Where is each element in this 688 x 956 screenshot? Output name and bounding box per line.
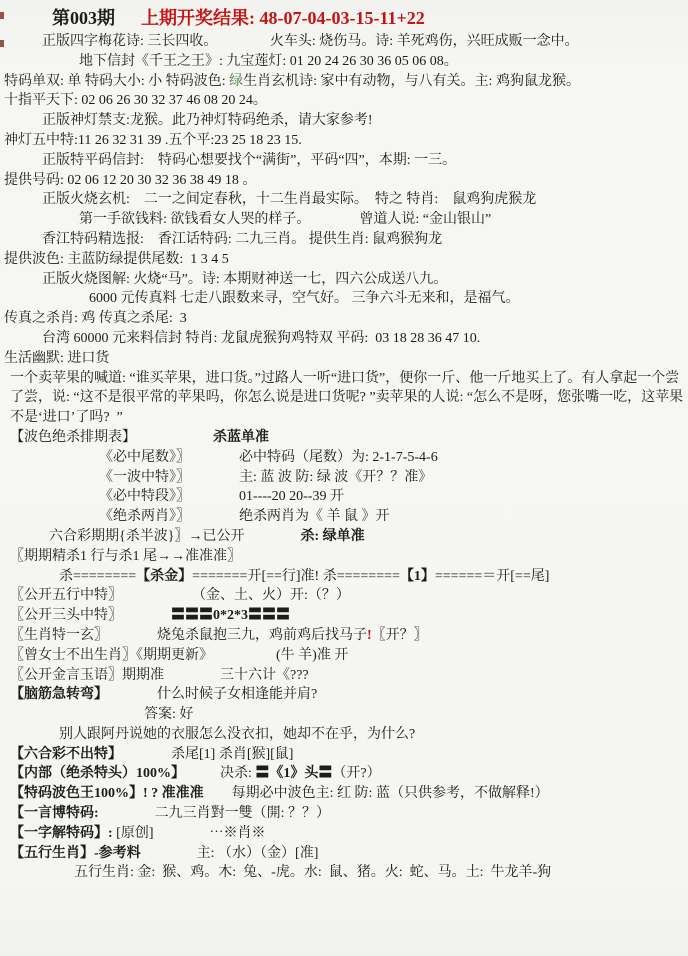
line-wave-kill-schedule: 【波色绝杀排期表】 杀蓝单准 [4, 428, 684, 448]
line-kill-gold: 杀========【杀金】=======开[==行]准! 杀========【1… [4, 567, 684, 587]
line-one-word-solve-part: 【一字解特码】: [10, 826, 113, 841]
line-magic-lamp-five-part: 神灯五中特:11 26 32 31 39 .五个平:23 25 18 23 15… [4, 133, 302, 148]
line-five-element-zodiac-title-part: -参考料 [94, 846, 141, 861]
line-must-hit-tail: 《必中尾数》〗 必中特码（尾数）为: 2-1-7-5-4-6 [4, 448, 684, 468]
line-wave-king-part: 每期必中波色主: 红 防: 蓝（只供参考，不做解释!） [204, 786, 549, 801]
line-internal-kill-head: 【内部（绝杀特头）100%】 决杀: 〓《1》头〓（开?） [4, 764, 684, 784]
line-fire-mystery: 正版火烧玄机: 二一之间定春秋，十二生肖最实际。 特之 特肖: 鼠鸡狗虎猴龙 [4, 190, 684, 210]
line-five-element-zodiac-title-part: 主: （水）（金）[准] [141, 846, 319, 861]
line-plum-poem: 正版四字梅花诗: 三长四收。 火车头: 烧伤马。诗: 羊死鸡伤，兴旺成贩一念中。 [4, 32, 684, 52]
line-internal-kill-head-part: （开?） [332, 766, 380, 781]
line-precise-kill-part: 〖期期精杀1 行与杀1 尾→→准准准〗 [10, 549, 241, 564]
scan-artifact [0, 12, 4, 19]
line-kill-half-wave-part: 六合彩期期{杀半波}〗→已公开 [49, 529, 300, 544]
line-no-special-part: 【六合彩不出特】 [10, 747, 115, 762]
lottery-tip-sheet-page: 第003期上期开奖结果: 48-07-04-03-15-11+22 正版四字梅花… [0, 0, 688, 956]
line-must-hit-tail-part: 《必中尾数》〗 必中特码（尾数）为: 2-1-7-5-4-6 [99, 450, 438, 465]
line-golden-words: 〖公开金言玉语〗期期准 三十六计《??? [4, 666, 684, 686]
line-madam-zeng-part: 〖曾女士不出生肖〗《期期更新》 (牛 羊)准 开 [10, 648, 348, 663]
line-answer: 答案: 好 [4, 705, 684, 725]
line-brain-teaser-part: 【脑筋急转弯】 [10, 687, 101, 702]
line-five-elements-special-part: 〖公开五行中特〗 （金、土、火）开:（？） [10, 588, 350, 603]
line-kill-gold-part: 【1】 [400, 569, 435, 584]
line-zodiac-mystery: 〖生肖特一玄〗 烧兔杀鼠抱三九，鸡前鸡后找马子!〖开？〗 [4, 626, 684, 646]
line-three-heads-part: 〖公开三头中特〗 [10, 608, 171, 623]
line-fire-mystery-part: 正版火烧玄机: 二一之间定春秋，十二生肖最实际。 特之 特肖: 鼠鸡狗虎猴龙 [42, 192, 536, 207]
line-golden-words-part: 〖公开金言玉语〗期期准 三十六计《??? [10, 668, 309, 683]
line-brain-teaser: 【脑筋急转弯】 什么时候子女相逢能并肩? [4, 685, 684, 705]
scan-artifact [0, 40, 4, 47]
line-one-wave-part: 《一波中特》〗 主: 蓝 波 防: 绿 波《开？？准》 [99, 470, 432, 485]
line-zodiac-mystery-part: 〖开？〗 [372, 628, 428, 643]
line-ten-fingers: 十指平天下: 02 06 26 30 32 37 46 08 20 24。 [4, 91, 684, 111]
line-three-heads-part: 〓〓〓0*2*3〓〓〓 [171, 608, 290, 623]
line-6000-fax-part: 6000 元传真料 七走八跟数来寻，空气好。 三争六斗无来和，是福气。 [89, 291, 520, 306]
line-xiangjiang-part: 香江特码精选报: 香江话特码: 二九三肖。 提供生肖: 鼠鸡猴狗龙 [42, 232, 442, 247]
line-provided-numbers-part: 提供号码: 02 06 12 20 30 32 36 38 49 18 。 [4, 173, 256, 188]
last-draw-result: 上期开奖结果: 48-07-04-03-15-11+22 [141, 8, 425, 28]
line-brain-teaser-part: 什么时候子女相逢能并肩? [101, 687, 317, 702]
line-one-word-solve: 【一字解特码】: [原创] ⋯※肖※ [4, 824, 684, 844]
line-kill-gold-part: 【杀金】 [136, 569, 192, 584]
line-magic-lamp-ban-part: 正版神灯禁支:龙猴。此乃神灯特码绝杀，请大家参考! [42, 113, 373, 128]
line-five-element-zodiac-title-part: 【五行生肖】 [10, 846, 94, 861]
line-must-hit-segment-part: 《必中特段》〗 01----20 20--39 开 [99, 489, 344, 504]
line-kill-half-wave: 六合彩期期{杀半波}〗→已公开 杀: 绿单准 [4, 527, 684, 547]
line-wave-kill-schedule-part [129, 430, 213, 445]
line-taiwan-60000-part: 台湾 60000 元来料信封 特肖: 龙鼠虎猴狗鸡特双 平码: 03 18 28… [42, 331, 480, 346]
issue-number: 第003期 [52, 8, 115, 28]
line-plum-poem-part: 正版四字梅花诗: 三长四收。 火车头: 烧伤马。诗: 羊死鸡伤，兴旺成贩一念中。 [42, 34, 579, 49]
line-fax-kill-part: 传真之杀肖: 鸡 传真之杀尾: 3 [4, 311, 187, 326]
page-header: 第003期上期开奖结果: 48-07-04-03-15-11+22 [4, 6, 684, 30]
line-must-hit-segment: 《必中特段》〗 01----20 20--39 开 [4, 487, 684, 507]
line-first-money-part: 第一手欲钱料: 欲钱看女人哭的样子。 曾道人说: “金山银山” [79, 212, 491, 227]
line-fax-kill: 传真之杀肖: 鸡 传真之杀尾: 3 [4, 309, 684, 329]
line-five-element-zodiac-detail: 五行生肖: 金: 猴、鸡。木: 兔、-虎。水: 鼠、猪。火: 蛇、马。土: 牛龙… [4, 863, 684, 883]
line-magic-lamp-ban: 正版神灯禁支:龙猴。此乃神灯特码绝杀，请大家参考! [4, 111, 684, 131]
paragraph-humor: 一个卖苹果的喊道: “谁买苹果，进口货。”过路人一听“进口货”，便你一斤、他一斤… [4, 369, 684, 428]
tip-lines-container: 正版四字梅花诗: 三长四收。 火车头: 烧伤马。诗: 羊死鸡伤，兴旺成贩一念中。… [4, 32, 684, 883]
line-five-elements-special: 〖公开五行中特〗 （金、土、火）开:（？） [4, 586, 684, 606]
line-underground-envelope: 地下信封《千王之王》: 九宝莲灯: 01 20 24 26 30 36 05 0… [4, 52, 684, 72]
line-five-element-zodiac-detail-part: 五行生肖: 金: 猴、鸡。木: 兔、-虎。水: 鼠、猪。火: 蛇、马。土: 牛龙… [74, 865, 551, 880]
line-wave-king-part: 【特码波色王100%】! ? 准准准 [10, 786, 204, 801]
line-precise-kill: 〖期期精杀1 行与杀1 尾→→准准准〗 [4, 547, 684, 567]
line-one-word-bet: 【一言博特码: 二九三肖對一雙（開: ？？） [4, 804, 684, 824]
line-five-element-zodiac-title: 【五行生肖】-参考料 主: （水）（金）[准] [4, 844, 684, 864]
line-zodiac-mystery-part: 〖生肖特一玄〗 烧兔杀鼠抱三九，鸡前鸡后找马子 [10, 628, 367, 643]
line-wave-kill-schedule-part: 【波色绝杀排期表】 [10, 430, 129, 445]
line-no-special-part: 杀尾[1] 杀肖[猴][鼠] [115, 747, 293, 762]
line-first-money: 第一手欲钱料: 欲钱看女人哭的样子。 曾道人说: “金山银山” [4, 210, 684, 230]
line-adan-question: 别人跟阿丹说她的衣服怎么没衣扣，她却不在乎，为什么? [4, 725, 684, 745]
line-ten-fingers-part: 十指平天下: 02 06 26 30 32 37 46 08 20 24。 [4, 93, 267, 108]
line-humor-title-part: 生活幽默: 进口货 [4, 351, 109, 366]
line-underground-envelope-part: 地下信封《千王之王》: 九宝莲灯: 01 20 24 26 30 36 05 0… [79, 54, 458, 69]
paragraph-humor-part: 一个卖苹果的喊道: “谁买苹果，进口货。”过路人一听“进口货”，便你一斤、他一斤… [10, 371, 683, 426]
line-provided-wave: 提供波色: 主蓝防绿提供尾数: 1 3 4 5 [4, 250, 684, 270]
line-humor-title: 生活幽默: 进口货 [4, 349, 684, 369]
line-special-odd-even-part: 绿 [229, 74, 243, 89]
line-one-word-bet-part: 二九三肖對一雙（開: ？？） [99, 806, 330, 821]
line-kill-gold-part: =======开[==行]准! 杀======== [192, 569, 400, 584]
line-magic-lamp-five: 神灯五中特:11 26 32 31 39 .五个平:23 25 18 23 15… [4, 131, 684, 151]
line-fire-diagram-part: 正版火烧图解: 火烧“马”。诗: 本期财神送一七，四六公成送八九。 [42, 272, 447, 287]
line-madam-zeng: 〖曾女士不出生肖〗《期期更新》 (牛 羊)准 开 [4, 646, 684, 666]
line-internal-kill-head-part: 【内部（绝杀特头）100%】 [10, 766, 178, 781]
line-special-odd-even: 特码单双: 单 特码大小: 小 特码波色: 绿生肖玄机诗: 家中有动物，与八有关… [4, 72, 684, 92]
line-kill-half-wave-part: 杀: 绿单准 [300, 529, 364, 544]
line-wave-king: 【特码波色王100%】! ? 准准准 每期必中波色主: 红 防: 蓝（只供参考，… [4, 784, 684, 804]
line-provided-numbers: 提供号码: 02 06 12 20 30 32 36 38 49 18 。 [4, 171, 684, 191]
line-internal-kill-head-part: 〓《1》头〓 [255, 766, 332, 781]
line-three-heads: 〖公开三头中特〗 〓〓〓0*2*3〓〓〓 [4, 606, 684, 626]
line-answer-part: 答案: 好 [144, 707, 193, 722]
line-one-word-solve-part: [原创] ⋯※肖※ [113, 826, 266, 841]
line-xiangjiang: 香江特码精选报: 香江话特码: 二九三肖。 提供生肖: 鼠鸡猴狗龙 [4, 230, 684, 250]
line-no-special: 【六合彩不出特】 杀尾[1] 杀肖[猴][鼠] [4, 745, 684, 765]
line-one-word-bet-part: 【一言博特码: [10, 806, 99, 821]
line-kill-gold-part: ======＝开[==尾] [435, 569, 550, 584]
line-provided-wave-part: 提供波色: 主蓝防绿提供尾数: 1 3 4 5 [4, 252, 229, 267]
line-special-odd-even-part: 生肖玄机诗: 家中有动物，与八有关。主: 鸡狗鼠龙猴。 [243, 74, 580, 89]
line-fire-diagram: 正版火烧图解: 火烧“马”。诗: 本期财神送一七，四六公成送八九。 [4, 270, 684, 290]
line-special-odd-even-part: 特码单双: 单 特码大小: 小 特码波色: [4, 74, 229, 89]
line-wave-kill-schedule-part: 杀蓝单准 [213, 430, 269, 445]
line-kill-two-zodiac-part: 《绝杀两肖》〗 绝杀两肖为《 羊 鼠 》开 [99, 509, 390, 524]
line-internal-kill-head-part: 决杀: [178, 766, 255, 781]
line-special-flat-envelope: 正版特平码信封: 特码心想要找个“满街”，平码“四”，本期: 一三。 [4, 151, 684, 171]
line-adan-question-part: 别人跟阿丹说她的衣服怎么没衣扣，她却不在乎，为什么? [59, 727, 415, 742]
line-taiwan-60000: 台湾 60000 元来料信封 特肖: 龙鼠虎猴狗鸡特双 平码: 03 18 28… [4, 329, 684, 349]
line-special-flat-envelope-part: 正版特平码信封: 特码心想要找个“满街”，平码“四”，本期: 一三。 [42, 153, 456, 168]
line-kill-two-zodiac: 《绝杀两肖》〗 绝杀两肖为《 羊 鼠 》开 [4, 507, 684, 527]
line-6000-fax: 6000 元传真料 七走八跟数来寻，空气好。 三争六斗无来和，是福气。 [4, 289, 684, 309]
line-one-wave: 《一波中特》〗 主: 蓝 波 防: 绿 波《开？？准》 [4, 468, 684, 488]
line-kill-gold-part: 杀======== [59, 569, 136, 584]
